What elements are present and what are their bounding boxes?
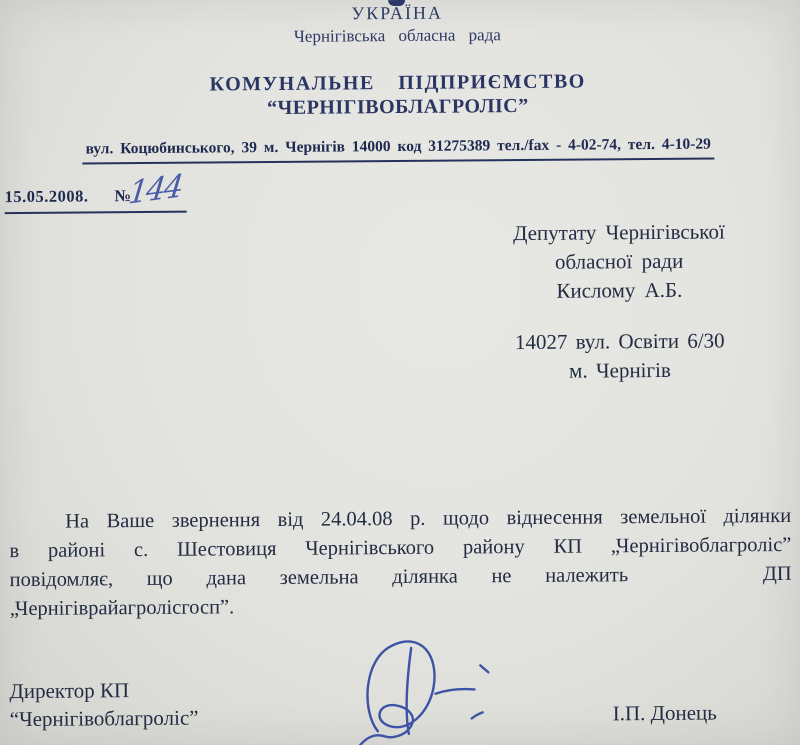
scanned-letter: УКРАЇНА Чернігівська обласна рада КОМУНА… bbox=[0, 0, 800, 745]
signature-title-line: Директор КП bbox=[9, 676, 198, 705]
org-address-row: вул. Коцюбинського, 39 м. Чернігів 14000… bbox=[0, 135, 798, 165]
letter-body: На Ваше звернення від 24.04.08 р. щодо в… bbox=[9, 502, 792, 624]
recipient-address-line: 14027 вул. Освіти 6/30 bbox=[450, 326, 790, 358]
letterhead-council: Чернігівська обласна рада bbox=[0, 23, 797, 49]
signature-title-line: “Чернігівоблагроліс” bbox=[10, 704, 199, 733]
doc-number-handwritten: 144 bbox=[127, 168, 184, 212]
body-line: повідомляє, що дана земельна ділянка не … bbox=[10, 560, 792, 595]
recipient-address-block: 14027 вул. Освіти 6/30 м. Чернігів bbox=[450, 326, 790, 387]
handwritten-signature-icon bbox=[347, 625, 498, 745]
recipient-address-line: м. Чернігів bbox=[450, 355, 790, 387]
signature-title-block: Директор КП “Чернігівоблагроліс” bbox=[9, 676, 198, 733]
org-address-line: вул. Коцюбинського, 39 м. Чернігів 14000… bbox=[82, 136, 714, 165]
recipient-line: Кислому А.Б. bbox=[449, 275, 789, 307]
body-line: „Чернігіврайагролісгосп”. bbox=[10, 589, 792, 624]
recipient-block: Депутату Чернігівської обласної ради Кис… bbox=[449, 217, 790, 307]
org-name-line2: “ЧЕРНІГІВОБЛАГРОЛІС” bbox=[0, 93, 798, 122]
signatory-name: І.П. Донець bbox=[613, 701, 717, 727]
recipient-line: Депутату Чернігівської bbox=[449, 217, 789, 249]
recipient-line: обласної ради bbox=[449, 246, 789, 278]
letter-content: УКРАЇНА Чернігівська обласна рада КОМУНА… bbox=[0, 0, 800, 745]
doc-date: 15.05.2008. bbox=[5, 186, 89, 206]
